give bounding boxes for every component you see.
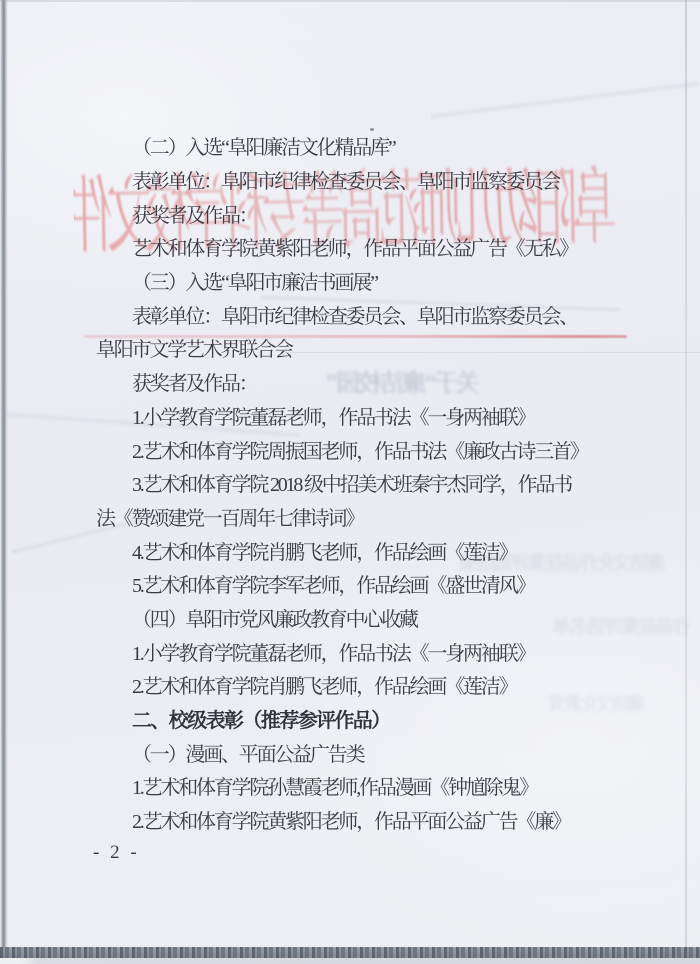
page-number: - 2 - <box>93 840 140 866</box>
text-line: （二）入选“阜阳廉洁文化精品库” <box>0 129 700 163</box>
scan-top-edge <box>0 0 700 2</box>
text-line: 1.艺术和体育学院孙慧霞老师,作品漫画《钟馗除鬼》 <box>0 769 700 803</box>
text-line: 阜阳市文学艺术界联合会 <box>0 331 700 365</box>
text-line: 表彰单位：阜阳市纪律检查委员会、阜阳市监察委员会、 <box>0 297 700 331</box>
text-line: 2.艺术和体育学院黄紫阳老师，作品平面公益广告《廉》 <box>0 803 700 837</box>
text-line: （四）阜阳市党风廉政教育中心收藏 <box>0 601 700 635</box>
text-line: 3.艺术和体育学院 2018 级中招美术班秦宇杰同学，作品书 <box>0 466 700 500</box>
scan-bottom-strip <box>0 958 700 964</box>
text-line: 2.艺术和体育学院周振国老师，作品书法《廉政古诗三首》 <box>0 432 700 466</box>
scan-bottom-edge-band <box>0 947 700 958</box>
text-line: 1.小学教育学院董磊老师，作品书法《一身两袖联》 <box>0 634 700 668</box>
document-body: （二）入选“阜阳廉洁文化精品库”表彰单位：阜阳市纪律检查委员会、阜阳市监察委员会… <box>0 129 700 836</box>
text-line: 艺术和体育学院黄紫阳老师，作品平面公益广告《无私》 <box>0 230 700 264</box>
text-line: 获奖者及作品： <box>0 365 700 399</box>
text-line: 法《赞颂建党一百周年七律诗词》 <box>0 500 700 534</box>
section-heading-line: 二、校级表彰（推荐参评作品） <box>0 702 700 736</box>
text-line: 1.小学教育学院董磊老师，作品书法《一身两袖联》 <box>0 399 700 433</box>
text-line: （三）入选“阜阳市廉洁书画展” <box>0 264 700 298</box>
text-line: 4.艺术和体育学院肖鹏飞老师，作品绘画《莲洁》 <box>0 533 700 567</box>
text-line: 5.艺术和体育学院李军老师，作品绘画《盛世清风》 <box>0 567 700 601</box>
text-line: 2.艺术和体育学院肖鹏飞老师，作品绘画《莲洁》 <box>0 668 700 702</box>
scanned-document-page: 阜阳幼儿师范高等专科学校文件 关于“廉洁校园” 廉洁文化作品征集评选结果 作品征… <box>0 0 700 964</box>
paper-fold-line <box>685 0 687 964</box>
scan-left-edge <box>0 0 8 964</box>
text-line: 表彰单位：阜阳市纪律检查委员会、阜阳市监察委员会 <box>0 163 700 197</box>
text-line: （一）漫画、平面公益广告类 <box>0 735 700 769</box>
text-line: 获奖者及作品： <box>0 196 700 230</box>
